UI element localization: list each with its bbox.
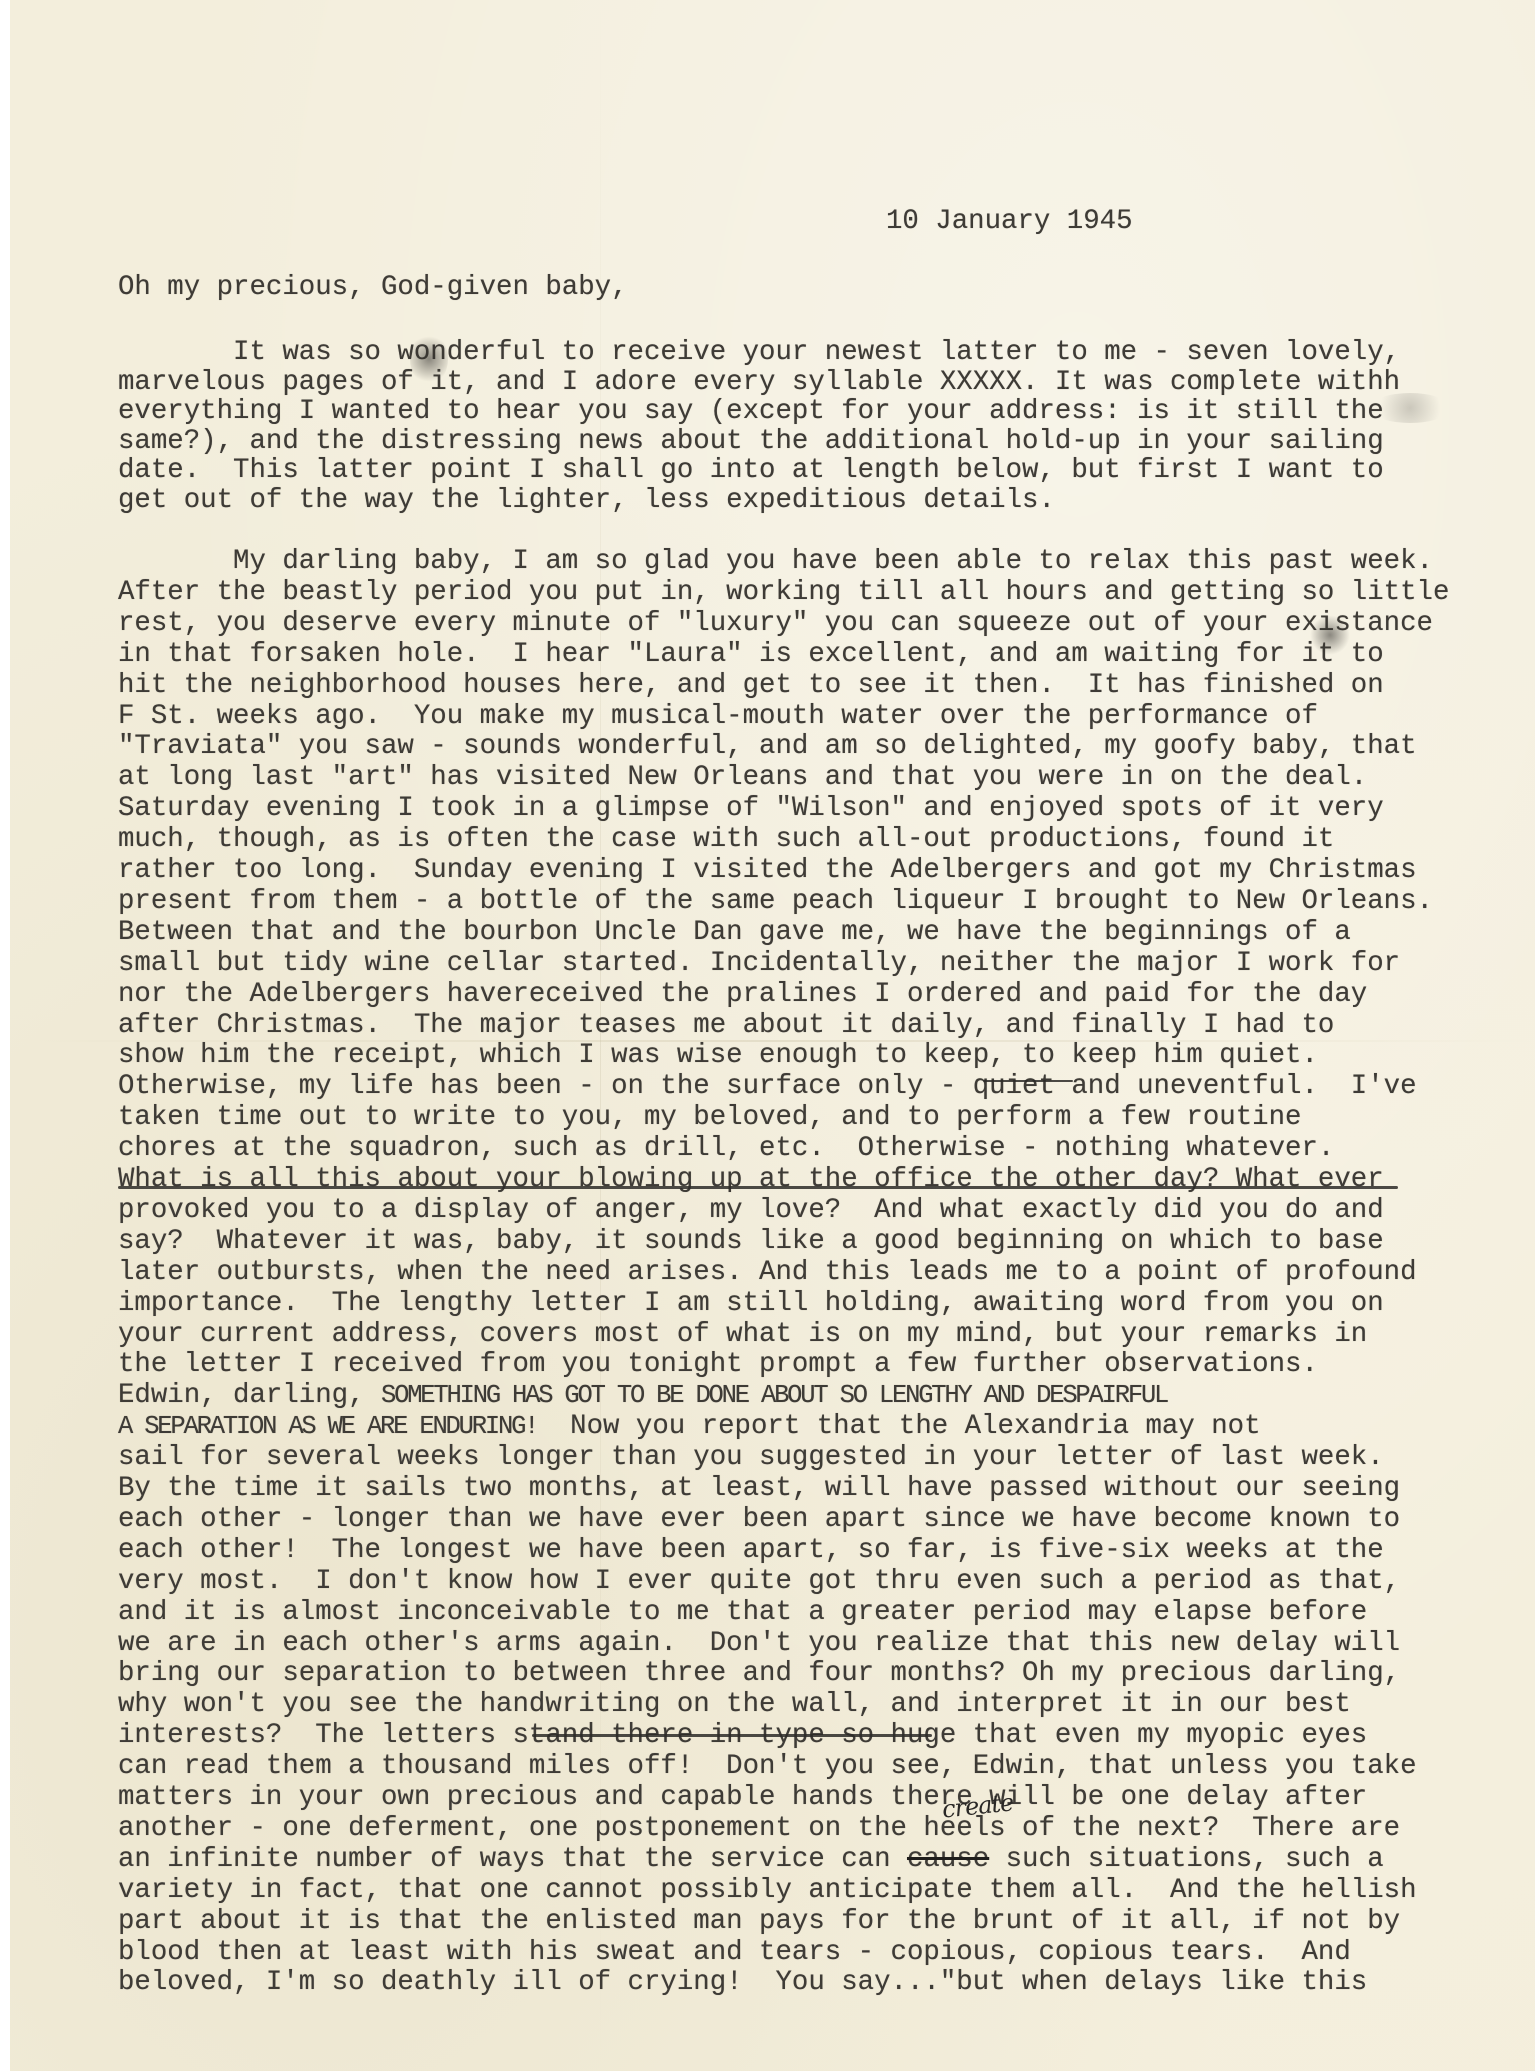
letter-line: the letter I received from you tonight p…: [118, 1351, 1318, 1378]
ink-smudge: [1310, 615, 1350, 655]
letter-line: present from them - a bottle of the same…: [118, 888, 1433, 915]
letter-line: bring our separation to between three an…: [118, 1660, 1400, 1687]
letter-line: each other - longer than we have ever be…: [118, 1506, 1400, 1533]
letter-line: blood then at least with his sweat and t…: [118, 1939, 1351, 1966]
letter-line: Edwin, darling, SOMETHING HAS GOT TO BE …: [118, 1382, 1167, 1409]
letter-line: rest, you deserve every minute of "luxur…: [118, 610, 1433, 637]
letter-line: your current address, covers most of wha…: [118, 1321, 1367, 1348]
letter-line: Between that and the bourbon Uncle Dan g…: [118, 919, 1351, 946]
struck-word: cause: [907, 1844, 989, 1875]
letter-line: very most. I don't know how I ever quite…: [118, 1568, 1400, 1595]
handwritten-underline-only: [983, 1080, 1073, 1082]
letter-date: 10 January 1945: [886, 208, 1133, 235]
letter-line: rather too long. Sunday evening I visite…: [118, 857, 1417, 884]
letter-line: Saturday evening I took in a glimpse of …: [118, 795, 1384, 822]
letter-line: provoked you to a display of anger, my l…: [118, 1197, 1384, 1224]
letter-line: chores at the squadron, such as drill, e…: [118, 1135, 1334, 1162]
letter-line: importance. The lengthy letter I am stil…: [118, 1290, 1384, 1317]
letter-line: and it is almost inconceivable to me tha…: [118, 1599, 1367, 1626]
letter-line: marvelous pages of it, and I adore every…: [118, 369, 1400, 396]
letter-line: matters in your own precious and capable…: [118, 1784, 1367, 1811]
letter-line: F St. weeks ago. You make my musical-mou…: [118, 703, 1318, 730]
letter-line: variety in fact, that one cannot possibl…: [118, 1877, 1417, 1904]
letter-line: we are in each other's arms again. Don't…: [118, 1630, 1400, 1657]
ink-smudge: [1370, 393, 1450, 423]
letter-line: everything I wanted to hear you say (exc…: [118, 398, 1384, 425]
letter-line: say? Whatever it was, baby, it sounds li…: [118, 1228, 1384, 1255]
letter-line: get out of the way the lighter, less exp…: [118, 487, 1055, 514]
letter-line: part about it is that the enlisted man p…: [118, 1908, 1400, 1935]
letter-line-rest: Now you report that the Alexandria may n…: [537, 1411, 1260, 1442]
letter-line: Otherwise, my life has been - on the sur…: [118, 1073, 1417, 1100]
letter-line: much, though, as is often the case with …: [118, 826, 1334, 853]
letter-line: taken time out to write to you, my belov…: [118, 1104, 1301, 1131]
letter-line: beloved, I'm so deathly ill of crying! Y…: [118, 1969, 1367, 1996]
ink-smudge: [410, 333, 448, 385]
letter-line: another - one deferment, one postponemen…: [118, 1815, 1400, 1842]
letter-line-before: an infinite number of ways that the serv…: [118, 1844, 907, 1875]
letter-line: hit the neighborhood houses here, and ge…: [118, 672, 1384, 699]
letter-line: in that forsaken hole. I hear "Laura" is…: [118, 641, 1384, 668]
letter-line: nor the Adelbergers havereceived the pra…: [118, 981, 1367, 1008]
emphasis-caps: SOMETHING HAS GOT TO BE DONE ABOUT SO LE…: [381, 1381, 1167, 1410]
handwritten-underline: [118, 1186, 1398, 1189]
letter-line: sail for several weeks longer than you s…: [118, 1444, 1384, 1471]
letter-line: can read them a thousand miles off! Don'…: [118, 1753, 1417, 1780]
letter-line: later outbursts, when the need arises. A…: [118, 1259, 1417, 1286]
letter-line-prefix: Edwin, darling,: [118, 1380, 381, 1411]
salutation: Oh my precious, God-given baby,: [118, 274, 628, 301]
letter-line: after Christmas. The major teases me abo…: [118, 1012, 1334, 1039]
letter-line: small but tidy wine cellar started. Inci…: [118, 950, 1400, 977]
letter-line: same?), and the distressing news about t…: [118, 428, 1384, 455]
letter-line: A SEPARATION AS WE ARE ENDURING! Now you…: [118, 1413, 1261, 1440]
letter-line: why won't you see the handwriting on the…: [118, 1691, 1351, 1718]
letter-line: an infinite number of ways that the serv…: [118, 1846, 1384, 1873]
letter-line: each other! The longest we have been apa…: [118, 1537, 1384, 1564]
letter-line: "Traviata" you saw - sounds wonderful, a…: [118, 733, 1417, 760]
letter-line: By the time it sails two months, at leas…: [118, 1475, 1400, 1502]
emphasis-caps: A SEPARATION AS WE ARE ENDURING!: [118, 1412, 537, 1441]
handwritten-underline-months: [532, 1734, 932, 1737]
letter-line: show him the receipt, which I was wise e…: [118, 1042, 1318, 1069]
letter-line: What is all this about your blowing up a…: [118, 1166, 1384, 1193]
letter-line: date. This latter point I shall go into …: [118, 457, 1384, 484]
letter-line: After the beastly period you put in, wor…: [118, 579, 1449, 606]
letter-line: It was so wonderful to receive your newe…: [118, 339, 1400, 366]
letter-line-after: such situations, such a: [989, 1844, 1384, 1875]
letter-line: My darling baby, I am so glad you have b…: [118, 548, 1433, 575]
letter-line: at long last "art" has visited New Orlea…: [118, 764, 1367, 791]
